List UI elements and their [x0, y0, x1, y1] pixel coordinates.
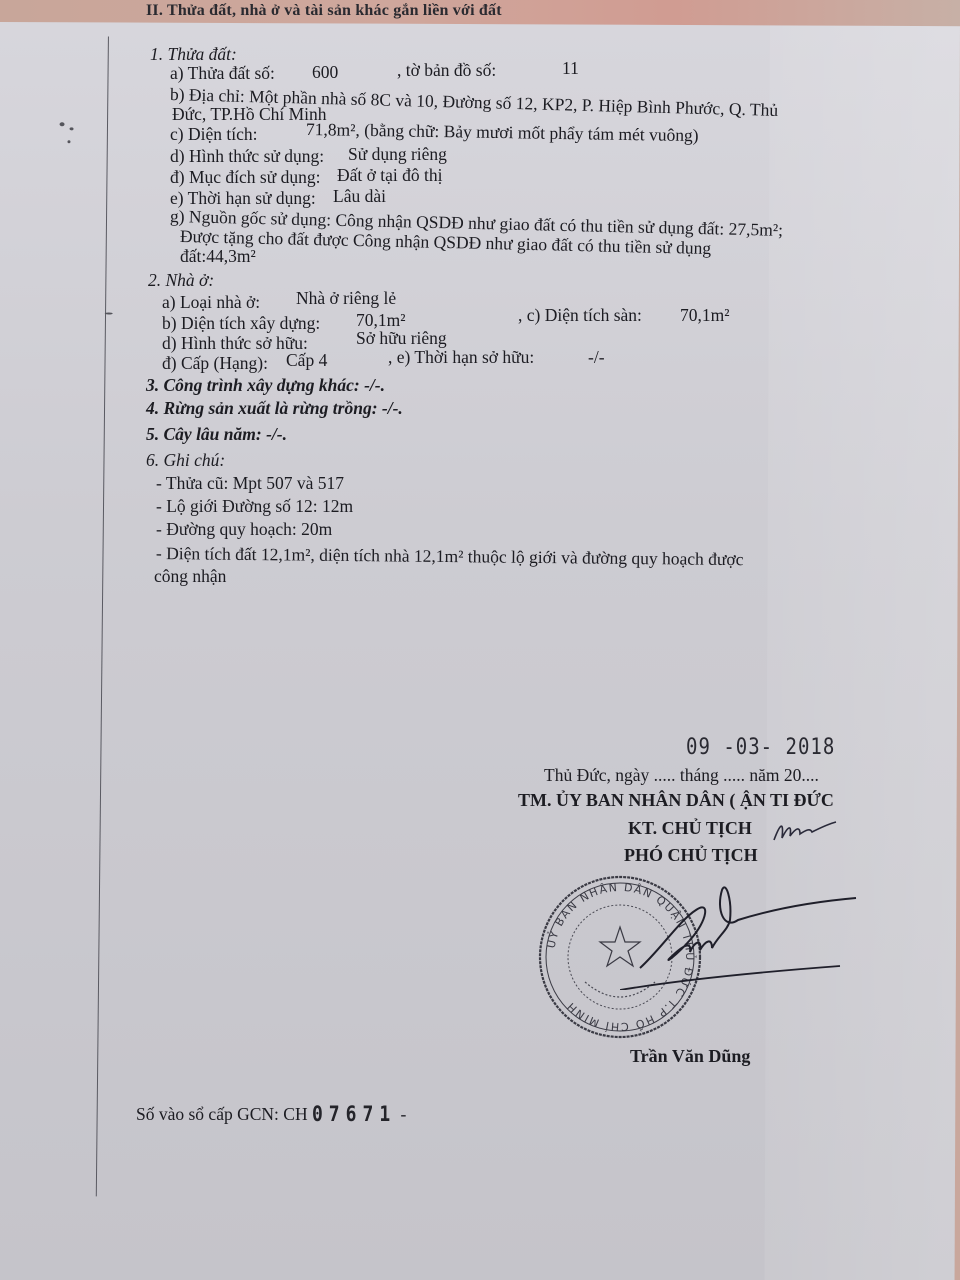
ownership-value: Sở hữu riêng [356, 328, 447, 349]
signature-icon [620, 880, 860, 990]
notes-title: 6. Ghi chú: [146, 450, 225, 470]
note-item: - Diện tích đất 12,1m², diện tích nhà 12… [156, 543, 744, 569]
parcel-label: a) Thửa đất số: [170, 63, 275, 83]
grade-label: đ) Cấp (Hạng): [162, 353, 268, 373]
land-certificate-page-2: II. Thửa đất, nhà ở và tài sản khác gắn … [0, 0, 960, 1280]
role-chairman: KT. CHỦ TỊCH [628, 818, 752, 838]
map-sheet-label: , tờ bản đồ số: [397, 60, 496, 81]
gcn-registry-number: 07671 [312, 1103, 396, 1127]
house-type-label: a) Loại nhà ở: [162, 292, 260, 312]
section-header: II. Thửa đất, nhà ở và tài sản khác gắn … [146, 1, 502, 21]
address-label: b) Địa chỉ: [170, 84, 245, 106]
use-form-label: d) Hình thức sử dụng: [170, 146, 324, 166]
gcn-registry-suffix: - [401, 1104, 407, 1124]
floor-area-label: , c) Diện tích sàn: [518, 305, 642, 326]
gcn-registry-label: Số vào sổ cấp GCN: CH [136, 1104, 308, 1124]
area-value: 71,8m², (bằng chữ: Bảy mươi mốt phẩy tám… [306, 119, 699, 146]
place-date-line: Thủ Đức, ngày ..... tháng ..... năm 20..… [544, 765, 819, 785]
house-section-title: 2. Nhà ở: [148, 270, 214, 290]
own-term-label: , e) Thời hạn sở hữu: [388, 347, 534, 368]
role-vice-chairman: PHÓ CHỦ TỊCH [624, 845, 758, 865]
issuing-authority: TM. ỦY BAN NHÂN DÂN ( ẬN TI ĐỨC [518, 790, 834, 810]
purpose-value: Đất ở tại đô thị [337, 165, 443, 186]
term-label: e) Thời hạn sử dụng: [170, 188, 316, 208]
address-value: Một phần nhà số 8C và 10, Đường số 12, K… [249, 86, 778, 120]
address-line-2: Đức, TP.Hồ Chí Minh [172, 104, 327, 124]
initials-icon [770, 814, 840, 848]
map-sheet-number: 11 [562, 58, 579, 79]
own-term-value: -/- [588, 347, 605, 368]
signer-name: Trần Văn Dũng [630, 1046, 750, 1066]
term-value: Lâu dài [333, 186, 386, 207]
note-continuation: công nhận [154, 566, 226, 586]
gcn-registry-row: Số vào sổ cấp GCN: CH 07671 - [136, 1104, 406, 1125]
grade-value: Cấp 4 [286, 350, 327, 371]
origin-line-3: đất:44,3m² [180, 246, 256, 266]
stamped-issue-date: 09 -03- 2018 [686, 734, 835, 759]
purpose-label: đ) Mục đích sử dụng: [170, 167, 320, 187]
floor-area-value: 70,1m² [680, 305, 729, 326]
production-forest: 4. Rừng sản xuất là rừng trồng: -/-. [146, 398, 403, 418]
perennial-trees: 5. Cây lâu năm: -/-. [146, 424, 287, 444]
note-item: - Thửa cũ: Mpt 507 và 517 [156, 473, 344, 493]
other-construction: 3. Công trình xây dựng khác: -/-. [146, 375, 385, 395]
parcel-number: 600 [312, 62, 338, 83]
area-label: c) Diện tích: [170, 124, 257, 144]
note-item: - Đường quy hoạch: 20m [156, 519, 332, 539]
house-type-value: Nhà ở riêng lẻ [296, 288, 396, 309]
note-item: - Lộ giới Đường số 12: 12m [156, 496, 353, 516]
build-area-label: b) Diện tích xây dựng: [162, 313, 320, 333]
use-form-value: Sử dụng riêng [348, 144, 447, 165]
land-section-title: 1. Thửa đất: [150, 44, 237, 64]
